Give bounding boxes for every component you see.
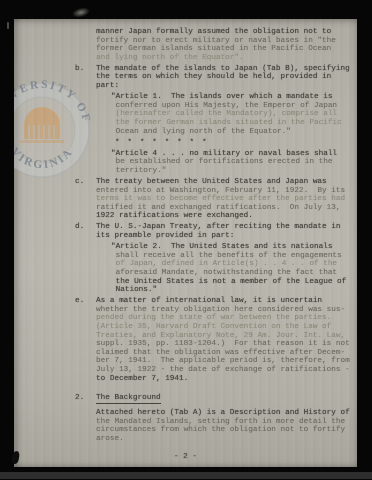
block-heading-background: 2.The Background [14, 394, 357, 404]
block-item-c: c.The treaty between the United States a… [14, 178, 357, 221]
block-item-d: d.The U. S.-Japan Treaty, after reciting… [14, 223, 357, 240]
scanner-edge-strip [0, 472, 372, 479]
scan-artifact-tick [7, 22, 9, 29]
document-line: The U. S.-Japan Treaty, after reciting t… [96, 223, 357, 232]
list-label: 2. [75, 394, 84, 403]
document-line: territory." [111, 167, 357, 176]
document-line: fortify nor to erect military or naval b… [96, 37, 357, 46]
document-line: the United States is not a member of the… [111, 278, 357, 287]
document-line: of Japan, defined in Article(s) . . 4 . … [111, 260, 357, 269]
document-content: manner Japan formally assumed the obliga… [14, 19, 357, 461]
list-label: e. [75, 297, 84, 306]
block-lines: "Article 4 . . . no military or naval ba… [111, 150, 357, 176]
document-line: entered into at Washington, February 11,… [96, 187, 357, 196]
document-line: to December 7, 1941. [96, 375, 357, 384]
block-lines: The Background [96, 394, 357, 404]
document-line: manner Japan formally assumed the obliga… [96, 28, 357, 37]
document-line: As a matter of international law, it is … [96, 297, 357, 306]
document-line: former German islands situated in the Pa… [96, 45, 357, 54]
document-line: 1922 ratifications were exchanged. [96, 212, 357, 221]
document-line: Nations." [111, 286, 357, 295]
document-line: July 13, 1922 - the date of exchange of … [96, 366, 357, 375]
document-line: aforesaid Mandate, notwithstanding the f… [111, 269, 357, 278]
block-lines: manner Japan formally assumed the obliga… [96, 28, 357, 62]
block-lines: The U. S.-Japan Treaty, after reciting t… [96, 223, 357, 240]
document-line: (Article 35, Harvard Draft Convention on… [96, 323, 357, 332]
document-line: Ocean and lying north of the Equator." [111, 128, 357, 137]
document-line: the terms on which they should be held, … [96, 73, 357, 82]
document-page: UNIVERSITY OF VIRGINIA manner Japan form… [14, 19, 357, 467]
scan-smudge [71, 6, 91, 19]
page-number: - 2 - [14, 453, 357, 462]
block-para-background: Attached hereto (Tab A) is a Description… [14, 409, 357, 443]
block-para-continuation: manner Japan formally assumed the obliga… [14, 28, 357, 62]
section-heading-text: The Background [96, 394, 161, 404]
document-line: ber 7, 1941. The applicable period is, t… [96, 357, 357, 366]
document-line: (hereinafter called the Mandatory), comp… [111, 110, 357, 119]
block-lines: Attached hereto (Tab A) is a Description… [96, 409, 357, 443]
block-item-b: b.The mandate of the islands to Japan (T… [14, 65, 357, 91]
document-line: terms it was to become effective after t… [96, 195, 357, 204]
list-label: d. [75, 223, 84, 232]
document-line: Treaties, and Explanatory Note, 29 Am. J… [96, 332, 357, 341]
block-lines: - 2 - [14, 453, 357, 462]
block-lines: * * * * * * * * [115, 139, 357, 148]
document-line: the former German islands situated in th… [111, 119, 357, 128]
block-quote-article-1: "Article 1. The islands over which a man… [14, 93, 357, 136]
document-line: arose. [96, 435, 357, 444]
document-line: "Article 1. The islands over which a man… [111, 93, 357, 102]
document-line: be established or fortifications erected… [111, 158, 357, 167]
block-item-e: e.As a matter of international law, it i… [14, 297, 357, 383]
document-line: part: [96, 82, 357, 91]
block-lines: The treaty between the United States and… [96, 178, 357, 221]
document-line: its preamble provided in part: [96, 232, 357, 241]
block-separator-stars: * * * * * * * * [14, 139, 357, 148]
list-label: c. [75, 178, 84, 187]
block-lines: As a matter of international law, it is … [96, 297, 357, 383]
list-label: b. [75, 65, 84, 74]
document-line: Attached hereto (Tab A) is a Description… [96, 409, 357, 418]
document-line: and lying north of the Equator". [96, 54, 357, 63]
document-line: suppl. 1935, pp. 1183-1204.) For that re… [96, 340, 357, 349]
scanned-page-background: UNIVERSITY OF VIRGINIA manner Japan form… [0, 0, 372, 480]
document-line: circumstances from which the obligation … [96, 426, 357, 435]
document-line: The treaty between the United States and… [96, 178, 357, 187]
block-quote-article-2: "Article 2. The United States and its na… [14, 243, 357, 295]
block-quote-article-4: "Article 4 . . . no military or naval ba… [14, 150, 357, 176]
block-lines: "Article 2. The United States and its na… [111, 243, 357, 295]
document-line: pended during the state of war between t… [96, 314, 357, 323]
block-page-number: - 2 - [14, 453, 357, 462]
document-line: * * * * * * * * [115, 139, 357, 148]
block-lines: The mandate of the islands to Japan (Tab… [96, 65, 357, 91]
document-line: "Article 2. The United States and its na… [111, 243, 357, 252]
block-lines: "Article 1. The islands over which a man… [111, 93, 357, 136]
